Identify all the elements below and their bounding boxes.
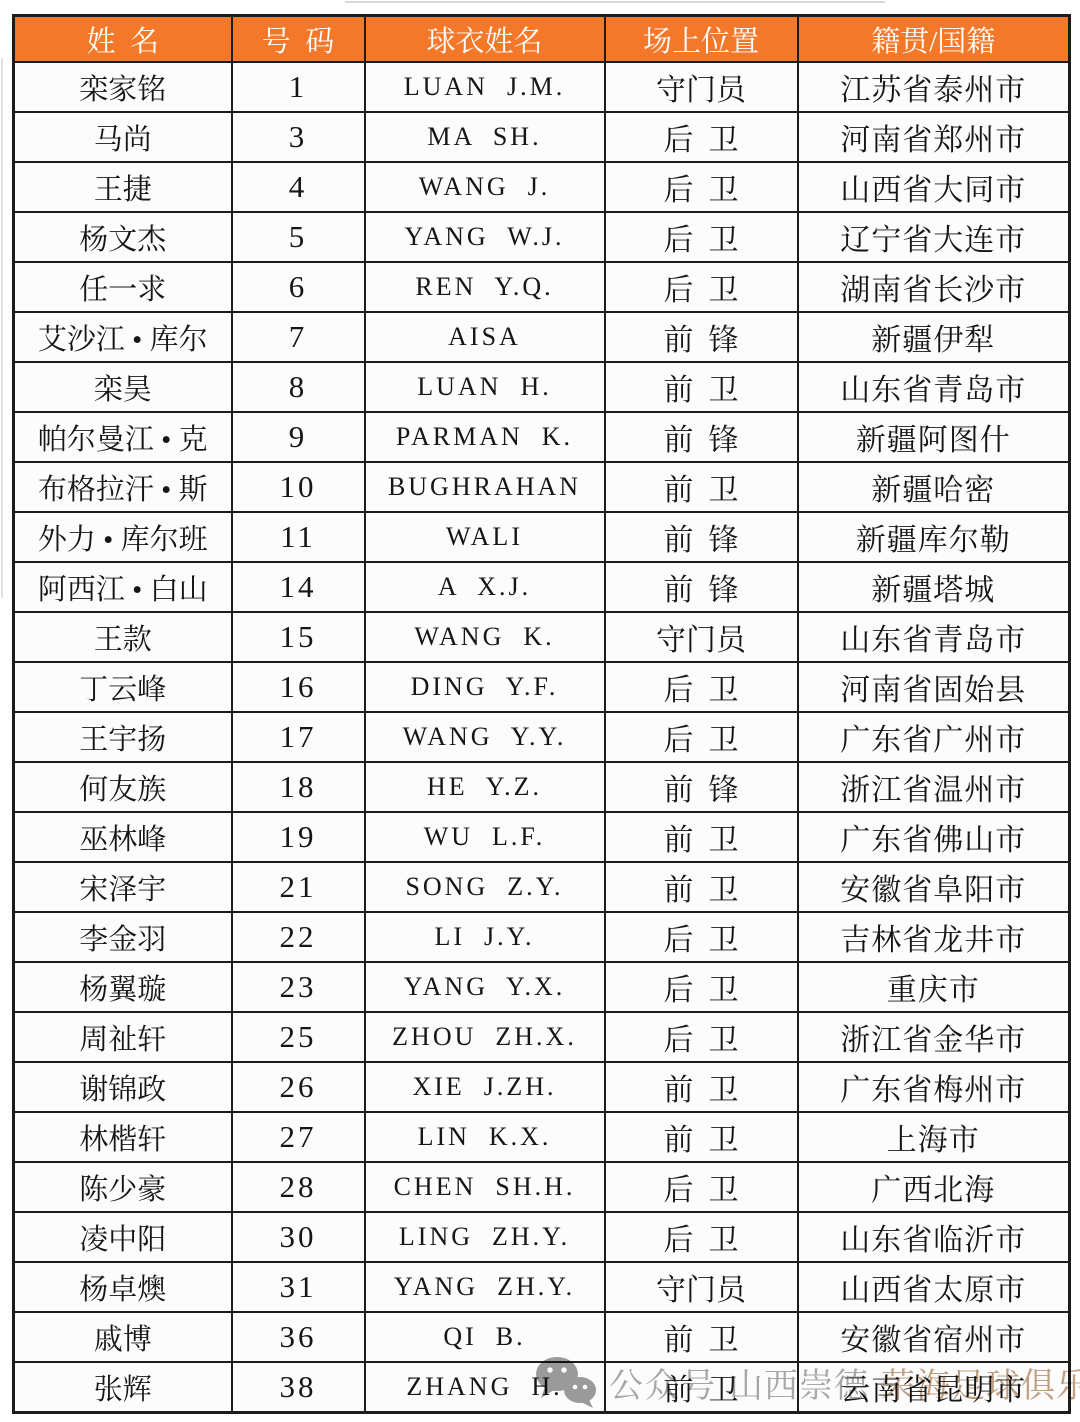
hometown-cell: 山东省青岛市 (798, 362, 1070, 412)
table-row: 王宇扬 17 WANG Y.Y. 后 卫 广东省广州市 (14, 712, 1070, 762)
jersey-name-cell: WANG J. (365, 162, 605, 212)
roster-header: 姓 名 号 码 球衣姓名 场上位置 籍贯/国籍 (14, 16, 1070, 63)
position-cell: 后 卫 (605, 212, 798, 262)
column-header-hometown: 籍贯/国籍 (798, 16, 1070, 63)
header-row: 姓 名 号 码 球衣姓名 场上位置 籍贯/国籍 (14, 16, 1070, 63)
player-name-cell: 王款 (14, 612, 232, 662)
position-cell: 后 卫 (605, 662, 798, 712)
jersey-number-cell: 8 (232, 362, 365, 412)
hometown-cell: 安徽省阜阳市 (798, 862, 1070, 912)
player-name-cell: 凌中阳 (14, 1212, 232, 1262)
table-row: 阿西江 • 白山 14 A X.J. 前 锋 新疆塔城 (14, 562, 1070, 612)
jersey-number-cell: 22 (232, 912, 365, 962)
jersey-name-cell: LI J.Y. (365, 912, 605, 962)
jersey-name-cell: LING ZH.Y. (365, 1212, 605, 1262)
jersey-number-cell: 31 (232, 1262, 365, 1312)
column-header-number: 号 码 (232, 16, 365, 63)
jersey-name-cell: XIE J.ZH. (365, 1062, 605, 1112)
jersey-name-cell: LUAN H. (365, 362, 605, 412)
table-row: 张辉 38 ZHANG H. 前 卫 云南省昆明市 (14, 1362, 1070, 1413)
table-row: 李金羽 22 LI J.Y. 后 卫 吉林省龙井市 (14, 912, 1070, 962)
hometown-cell: 山东省青岛市 (798, 612, 1070, 662)
hometown-cell: 新疆阿图什 (798, 412, 1070, 462)
jersey-name-cell: ZHOU ZH.X. (365, 1012, 605, 1062)
position-cell: 后 卫 (605, 162, 798, 212)
hometown-cell: 安徽省宿州市 (798, 1312, 1070, 1362)
jersey-name-cell: QI B. (365, 1312, 605, 1362)
position-cell: 前 锋 (605, 562, 798, 612)
table-row: 外力 • 库尔班 11 WALI 前 锋 新疆库尔勒 (14, 512, 1070, 562)
jersey-name-cell: BUGHRAHAN (365, 462, 605, 512)
player-name-cell: 林楷轩 (14, 1112, 232, 1162)
hometown-cell: 广东省梅州市 (798, 1062, 1070, 1112)
jersey-number-cell: 21 (232, 862, 365, 912)
player-name-cell: 外力 • 库尔班 (14, 512, 232, 562)
jersey-name-cell: REN Y.Q. (365, 262, 605, 312)
player-name-cell: 栾昊 (14, 362, 232, 412)
jersey-number-cell: 5 (232, 212, 365, 262)
hometown-cell: 吉林省龙井市 (798, 912, 1070, 962)
player-name-cell: 周祉轩 (14, 1012, 232, 1062)
table-row: 马尚 3 MA SH. 后 卫 河南省郑州市 (14, 112, 1070, 162)
player-name-cell: 戚博 (14, 1312, 232, 1362)
hometown-cell: 浙江省金华市 (798, 1012, 1070, 1062)
player-name-cell: 杨翼璇 (14, 962, 232, 1012)
jersey-number-cell: 17 (232, 712, 365, 762)
position-cell: 前 卫 (605, 1112, 798, 1162)
table-row: 丁云峰 16 DING Y.F. 后 卫 河南省固始县 (14, 662, 1070, 712)
player-name-cell: 阿西江 • 白山 (14, 562, 232, 612)
table-row: 林楷轩 27 LIN K.X. 前 卫 上海市 (14, 1112, 1070, 1162)
hometown-cell: 新疆伊犁 (798, 312, 1070, 362)
hometown-cell: 湖南省长沙市 (798, 262, 1070, 312)
hometown-cell: 新疆塔城 (798, 562, 1070, 612)
jersey-name-cell: LUAN J.M. (365, 62, 605, 112)
player-name-cell: 任一求 (14, 262, 232, 312)
table-row: 布格拉汗 • 斯 10 BUGHRAHAN 前 卫 新疆哈密 (14, 462, 1070, 512)
column-header-position: 场上位置 (605, 16, 798, 63)
jersey-name-cell: AISA (365, 312, 605, 362)
table-row: 王款 15 WANG K. 守门员 山东省青岛市 (14, 612, 1070, 662)
roster-body: 栾家铭 1 LUAN J.M. 守门员 江苏省泰州市 马尚 3 MA SH. 后… (14, 62, 1070, 1413)
jersey-name-cell: YANG Y.X. (365, 962, 605, 1012)
position-cell: 前 卫 (605, 812, 798, 862)
hometown-cell: 山西省太原市 (798, 1262, 1070, 1312)
jersey-number-cell: 27 (232, 1112, 365, 1162)
jersey-number-cell: 3 (232, 112, 365, 162)
jersey-number-cell: 18 (232, 762, 365, 812)
column-header-jersey: 球衣姓名 (365, 16, 605, 63)
jersey-number-cell: 11 (232, 512, 365, 562)
hometown-cell: 广东省佛山市 (798, 812, 1070, 862)
jersey-name-cell: WANG K. (365, 612, 605, 662)
jersey-name-cell: ZHANG H. (365, 1362, 605, 1413)
player-name-cell: 艾沙江 • 库尔 (14, 312, 232, 362)
hometown-cell: 浙江省温州市 (798, 762, 1070, 812)
roster-table: 姓 名 号 码 球衣姓名 场上位置 籍贯/国籍 栾家铭 1 LUAN J.M. … (12, 14, 1071, 1414)
jersey-number-cell: 9 (232, 412, 365, 462)
table-row: 戚博 36 QI B. 前 卫 安徽省宿州市 (14, 1312, 1070, 1362)
position-cell: 守门员 (605, 1262, 798, 1312)
position-cell: 后 卫 (605, 262, 798, 312)
jersey-number-cell: 4 (232, 162, 365, 212)
position-cell: 前 锋 (605, 412, 798, 462)
player-name-cell: 杨文杰 (14, 212, 232, 262)
table-row: 巫林峰 19 WU L.F. 前 卫 广东省佛山市 (14, 812, 1070, 862)
position-cell: 后 卫 (605, 112, 798, 162)
player-name-cell: 张辉 (14, 1362, 232, 1413)
jersey-name-cell: CHEN SH.H. (365, 1162, 605, 1212)
jersey-name-cell: HE Y.Z. (365, 762, 605, 812)
player-name-cell: 王宇扬 (14, 712, 232, 762)
player-name-cell: 马尚 (14, 112, 232, 162)
jersey-number-cell: 7 (232, 312, 365, 362)
hometown-cell: 山东省临沂市 (798, 1212, 1070, 1262)
table-row: 栾昊 8 LUAN H. 前 卫 山东省青岛市 (14, 362, 1070, 412)
jersey-name-cell: YANG ZH.Y. (365, 1262, 605, 1312)
jersey-number-cell: 14 (232, 562, 365, 612)
player-name-cell: 杨卓燠 (14, 1262, 232, 1312)
hometown-cell: 上海市 (798, 1112, 1070, 1162)
position-cell: 后 卫 (605, 1162, 798, 1212)
player-name-cell: 何友族 (14, 762, 232, 812)
position-cell: 后 卫 (605, 712, 798, 762)
player-name-cell: 宋泽宇 (14, 862, 232, 912)
jersey-name-cell: WANG Y.Y. (365, 712, 605, 762)
table-row: 帕尔曼江 • 克 9 PARMAN K. 前 锋 新疆阿图什 (14, 412, 1070, 462)
jersey-name-cell: LIN K.X. (365, 1112, 605, 1162)
player-name-cell: 布格拉汗 • 斯 (14, 462, 232, 512)
hometown-cell: 广西北海 (798, 1162, 1070, 1212)
table-row: 谢锦政 26 XIE J.ZH. 前 卫 广东省梅州市 (14, 1062, 1070, 1112)
jersey-name-cell: A X.J. (365, 562, 605, 612)
jersey-number-cell: 15 (232, 612, 365, 662)
position-cell: 前 锋 (605, 762, 798, 812)
position-cell: 前 锋 (605, 312, 798, 362)
position-cell: 守门员 (605, 612, 798, 662)
jersey-name-cell: MA SH. (365, 112, 605, 162)
position-cell: 守门员 (605, 62, 798, 112)
player-name-cell: 王捷 (14, 162, 232, 212)
position-cell: 前 卫 (605, 362, 798, 412)
jersey-name-cell: PARMAN K. (365, 412, 605, 462)
player-name-cell: 栾家铭 (14, 62, 232, 112)
position-cell: 前 锋 (605, 512, 798, 562)
hometown-cell: 新疆哈密 (798, 462, 1070, 512)
position-cell: 前 卫 (605, 1312, 798, 1362)
position-cell: 前 卫 (605, 1362, 798, 1413)
jersey-number-cell: 30 (232, 1212, 365, 1262)
table-row: 艾沙江 • 库尔 7 AISA 前 锋 新疆伊犁 (14, 312, 1070, 362)
hometown-cell: 江苏省泰州市 (798, 62, 1070, 112)
jersey-number-cell: 16 (232, 662, 365, 712)
position-cell: 前 卫 (605, 862, 798, 912)
jersey-number-cell: 38 (232, 1362, 365, 1413)
jersey-number-cell: 1 (232, 62, 365, 112)
jersey-number-cell: 10 (232, 462, 365, 512)
hometown-cell: 山西省大同市 (798, 162, 1070, 212)
scan-artifact-line (345, 1, 885, 3)
jersey-number-cell: 25 (232, 1012, 365, 1062)
table-row: 任一求 6 REN Y.Q. 后 卫 湖南省长沙市 (14, 262, 1070, 312)
table-row: 凌中阳 30 LING ZH.Y. 后 卫 山东省临沂市 (14, 1212, 1070, 1262)
table-row: 何友族 18 HE Y.Z. 前 锋 浙江省温州市 (14, 762, 1070, 812)
table-row: 杨翼璇 23 YANG Y.X. 后 卫 重庆市 (14, 962, 1070, 1012)
jersey-number-cell: 26 (232, 1062, 365, 1112)
player-name-cell: 巫林峰 (14, 812, 232, 862)
jersey-name-cell: WALI (365, 512, 605, 562)
player-name-cell: 丁云峰 (14, 662, 232, 712)
player-name-cell: 李金羽 (14, 912, 232, 962)
table-row: 陈少豪 28 CHEN SH.H. 后 卫 广西北海 (14, 1162, 1070, 1212)
position-cell: 后 卫 (605, 962, 798, 1012)
table-row: 栾家铭 1 LUAN J.M. 守门员 江苏省泰州市 (14, 62, 1070, 112)
hometown-cell: 云南省昆明市 (798, 1362, 1070, 1413)
jersey-name-cell: YANG W.J. (365, 212, 605, 262)
column-header-name: 姓 名 (14, 16, 232, 63)
scan-artifact-line (1, 58, 3, 598)
table-row: 宋泽宇 21 SONG Z.Y. 前 卫 安徽省阜阳市 (14, 862, 1070, 912)
table-row: 王捷 4 WANG J. 后 卫 山西省大同市 (14, 162, 1070, 212)
hometown-cell: 河南省固始县 (798, 662, 1070, 712)
position-cell: 后 卫 (605, 1012, 798, 1062)
table-row: 周祉轩 25 ZHOU ZH.X. 后 卫 浙江省金华市 (14, 1012, 1070, 1062)
hometown-cell: 辽宁省大连市 (798, 212, 1070, 262)
jersey-name-cell: WU L.F. (365, 812, 605, 862)
jersey-number-cell: 23 (232, 962, 365, 1012)
table-row: 杨卓燠 31 YANG ZH.Y. 守门员 山西省太原市 (14, 1262, 1070, 1312)
jersey-number-cell: 36 (232, 1312, 365, 1362)
hometown-cell: 广东省广州市 (798, 712, 1070, 762)
table-row: 杨文杰 5 YANG W.J. 后 卫 辽宁省大连市 (14, 212, 1070, 262)
hometown-cell: 河南省郑州市 (798, 112, 1070, 162)
position-cell: 前 卫 (605, 462, 798, 512)
jersey-name-cell: SONG Z.Y. (365, 862, 605, 912)
jersey-number-cell: 19 (232, 812, 365, 862)
position-cell: 前 卫 (605, 1062, 798, 1112)
jersey-number-cell: 6 (232, 262, 365, 312)
jersey-number-cell: 28 (232, 1162, 365, 1212)
player-name-cell: 谢锦政 (14, 1062, 232, 1112)
position-cell: 后 卫 (605, 1212, 798, 1262)
position-cell: 后 卫 (605, 912, 798, 962)
player-name-cell: 陈少豪 (14, 1162, 232, 1212)
hometown-cell: 重庆市 (798, 962, 1070, 1012)
jersey-name-cell: DING Y.F. (365, 662, 605, 712)
player-name-cell: 帕尔曼江 • 克 (14, 412, 232, 462)
hometown-cell: 新疆库尔勒 (798, 512, 1070, 562)
